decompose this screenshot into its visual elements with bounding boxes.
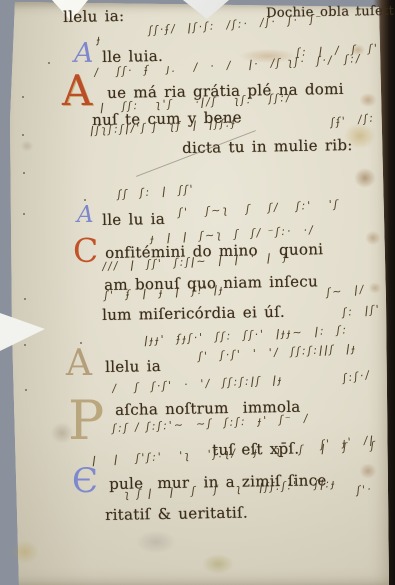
pricking-dot (84, 199, 86, 201)
manuscript-photo: ɟʃʃ·ʄ/ ǀʃ·ʃ: /ʃ:· /ʃ· ʃ· ʃ⁻ʃ: ǀ / ʃ ʃ'/ … (0, 0, 395, 585)
neume-row: ʃ'· (356, 483, 373, 497)
pricking-dot (80, 342, 82, 344)
stain (362, 228, 384, 248)
stain (356, 90, 380, 110)
page-content-layer: ɟʃʃ·ʄ/ ǀʃ·ʃ: /ʃ:· /ʃ· ʃ· ʃ⁻ʃ: ǀ / ʃ ʃ'/ … (0, 0, 395, 585)
initial-letter: A (66, 346, 92, 382)
lyric-line: lle luia. (102, 47, 163, 66)
neume-row: ʃʄ' /ʃ: (330, 111, 376, 129)
lyric-line: llelu ia: (63, 7, 125, 26)
pricking-dot (23, 172, 25, 174)
neume-row: ʃ: ǀʃ' (342, 303, 381, 319)
neume-row: ʃʃ ʃ: ǀ ʃʃ' (117, 183, 195, 201)
stain (128, 526, 184, 558)
pricking-dot (355, 14, 357, 16)
initial-letter: A (62, 70, 92, 112)
lyric-line: ue má ria grátia plé na domi (107, 80, 344, 102)
initial-letter: A (74, 40, 94, 67)
lyric-line: pule mur in a zimiſ ſince (109, 471, 327, 493)
neume-row: ʃ' ʃ·ʃ' ' '/ ʃʃ:ʃ:ǀǀʃ ǀɟ (198, 342, 357, 363)
stain (366, 280, 384, 296)
neume-row: ʃ' ʃ~ʅ ʃ ʃ/ ʃ:' 'ʃ (178, 198, 340, 219)
lyric-line: onfitémini do mino quoni (105, 240, 323, 262)
lyric-line: lle lu ia (102, 210, 165, 229)
stain (356, 460, 380, 482)
lyric-line: llelu ia (105, 357, 161, 376)
lyric-line: nuſ te cum y bene (92, 108, 242, 129)
lyric-line: am bonuſ quo niam inſecu (104, 272, 318, 294)
stain (196, 550, 240, 578)
neume-row: / ʃ ʃ·ʃ' · '/ ʃʃ:ʃ:ǀʃ ǀɟ (112, 373, 284, 395)
neume-row: ʃ~ ǀ/ (326, 283, 366, 299)
stain (18, 138, 36, 154)
stain (6, 536, 44, 568)
lyric-line: dicta tu in mulie rib: (182, 136, 353, 157)
initial-letter: Є (72, 464, 98, 498)
lyric-line: tuſ eſt xp̄ſ. (212, 439, 300, 459)
pricking-dot (22, 134, 24, 136)
lyric-line: ritatiſ & ueritatiſ. (105, 504, 248, 524)
pricking-dot (22, 96, 24, 98)
initial-letter: P (68, 394, 104, 448)
neume-row: ʃ:ʃ·/ (342, 368, 372, 385)
pricking-dot (25, 389, 27, 391)
pricking-dot (24, 298, 26, 300)
pricking-dot (23, 213, 25, 215)
lyric-line: Dochie obla tuſett (266, 4, 394, 21)
pricking-dot (24, 344, 26, 346)
pricking-dot (48, 62, 50, 64)
lyric-line: lum miſericórdia ei úſ. (102, 303, 285, 324)
lyric-line: aſcha noſtrum immola (115, 398, 301, 419)
initial-letter: A (77, 204, 94, 227)
stain (350, 164, 380, 192)
neume-row: ɟ (96, 33, 103, 46)
initial-letter: C (73, 234, 98, 267)
